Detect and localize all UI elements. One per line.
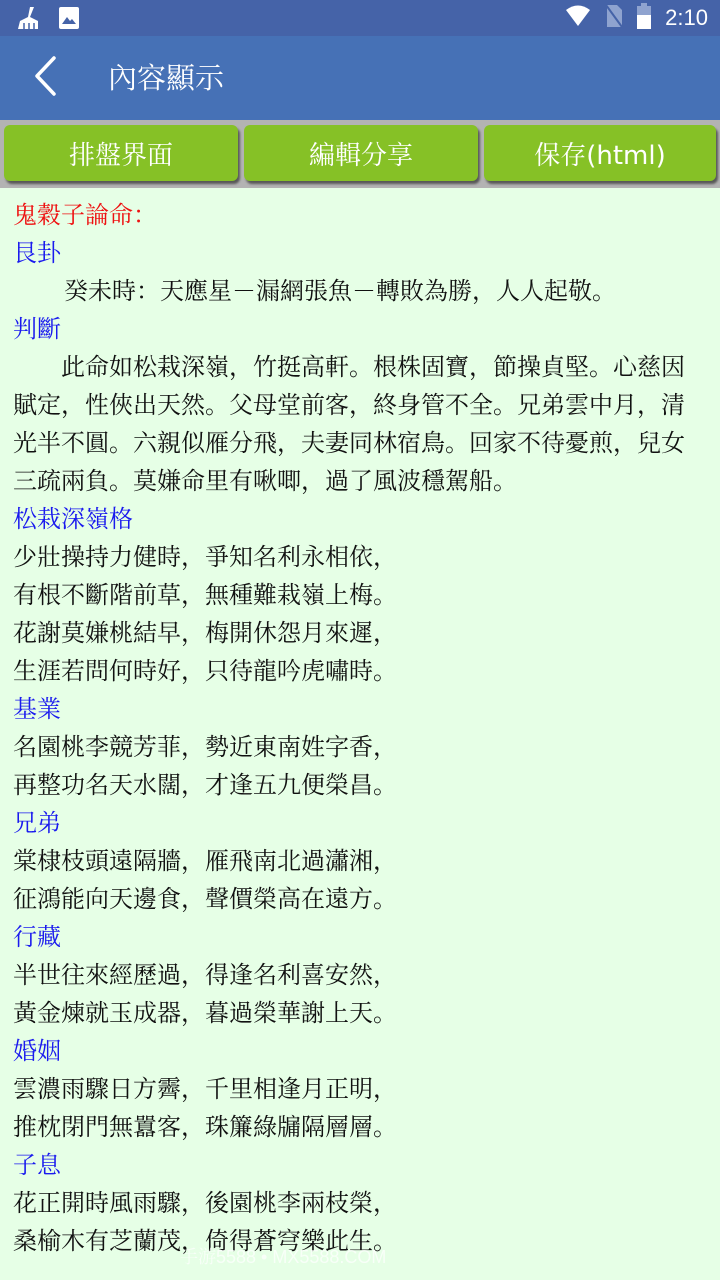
- text-line: 少壯操持力健時，爭知名利永相依，: [13, 538, 720, 576]
- section-heading: 艮卦: [13, 234, 720, 272]
- text-line: 花謝莫嫌桃結早，梅開休怨月來遲，: [13, 614, 720, 652]
- text-line: 桑榆木有芝蘭茂，倚得蒼穹樂此生。: [13, 1222, 720, 1260]
- no-sim-icon: [605, 4, 623, 32]
- section-heading: 子息: [13, 1146, 720, 1184]
- section-heading: 婚姻: [13, 1032, 720, 1070]
- edit-share-button[interactable]: 編輯分享: [244, 125, 478, 181]
- section-heading: 松栽深嶺格: [13, 500, 720, 538]
- cleaner-broom-icon: [16, 5, 42, 35]
- save-html-button[interactable]: 保存(html): [484, 125, 716, 181]
- text-line: 生涯若問何時好，只待龍吟虎嘯時。: [13, 652, 720, 690]
- paragraph: 此命如松栽深嶺，竹挺高軒。根株固寶，節操貞堅。心慈因賦定，性俠出天然。父母堂前客…: [13, 348, 693, 500]
- toolbar: 排盤界面 編輯分享 保存(html): [0, 120, 720, 188]
- status-right-icons: 2:10: [565, 0, 708, 36]
- section-heading: 兄弟: [13, 804, 720, 842]
- text-line: 有根不斷階前草，無種難栽嶺上梅。: [13, 576, 720, 614]
- text-line: 花正開時風雨驟，後園桃李兩枝榮，: [13, 1184, 720, 1222]
- content-area[interactable]: 鬼穀子論命： 艮卦 癸未時：天應星－漏網張魚－轉敗為勝，人人起敬。 判斷 此命如…: [0, 188, 720, 1280]
- chevron-left-icon: [32, 56, 58, 100]
- text-line: 黃金煉就玉成器，暮過榮華謝上天。: [13, 994, 720, 1032]
- chart-layout-button[interactable]: 排盤界面: [4, 125, 238, 181]
- text-line: 棠棣枝頭遠隔牆，雁飛南北過瀟湘，: [13, 842, 720, 880]
- status-left-icons: [16, 5, 80, 35]
- battery-icon: [637, 3, 651, 33]
- text-line: 征鴻能向天邊食，聲價榮高在遠方。: [13, 880, 720, 918]
- image-icon: [58, 6, 80, 34]
- app-bar: 內容顯示: [0, 36, 720, 120]
- back-button[interactable]: [20, 50, 70, 106]
- text-line: 半世往來經歷過，得逢名利喜安然，: [13, 956, 720, 994]
- page-title: 內容顯示: [108, 36, 224, 120]
- text-line: 雲濃雨驟日方霽，千里相逢月正明，: [13, 1070, 720, 1108]
- section-heading: 行藏: [13, 918, 720, 956]
- text-line: 推枕閉門無囂客，珠簾綠牖隔層層。: [13, 1108, 720, 1146]
- status-time: 2:10: [665, 5, 708, 31]
- main-title: 鬼穀子論命：: [13, 196, 720, 234]
- section-heading: 基業: [13, 690, 720, 728]
- text-line: 再整功名天水闊，才逢五九便榮昌。: [13, 766, 720, 804]
- status-bar: 2:10: [0, 0, 720, 36]
- section-heading: 判斷: [13, 310, 720, 348]
- text-line: 癸未時：天應星－漏網張魚－轉敗為勝，人人起敬。: [13, 272, 720, 310]
- wifi-icon: [565, 5, 591, 31]
- text-line: 名園桃李競芳菲，勢近東南姓字香，: [13, 728, 720, 766]
